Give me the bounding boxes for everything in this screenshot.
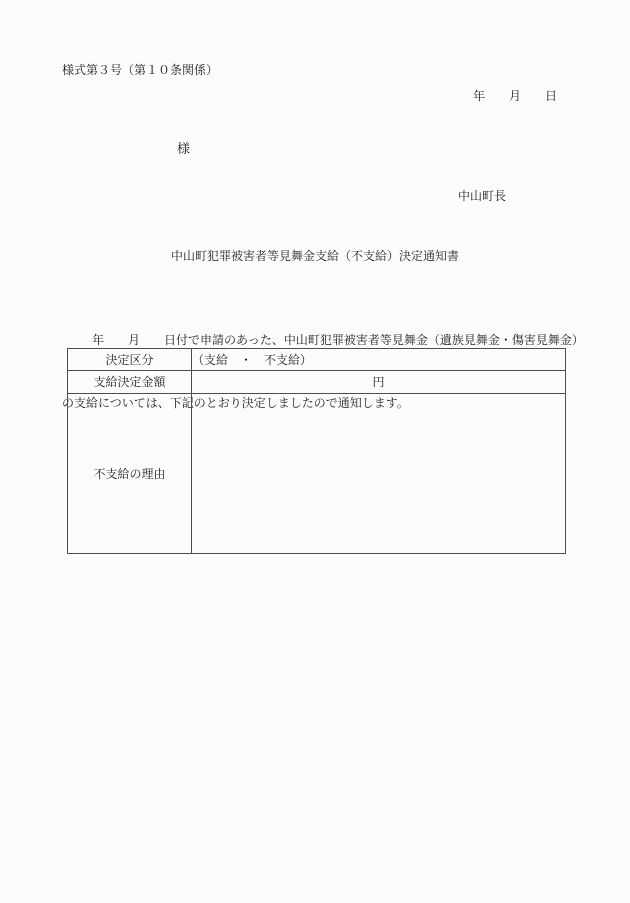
document-page: 様式第３号（第１０条関係） 年 月 日 様 中山町長 中山町犯罪被害者等見舞金支…: [0, 0, 630, 903]
nonpayment-reason-label: 不支給の理由: [68, 394, 192, 554]
decision-category-value: （支給 ・ 不支給）: [192, 349, 566, 371]
payment-amount-value: 円: [192, 371, 566, 394]
payment-amount-label: 支給決定金額: [68, 371, 192, 394]
form-number: 様式第３号（第１０条関係）: [62, 61, 218, 79]
date-line: 年 月 日: [473, 87, 557, 105]
nonpayment-reason-value: [192, 394, 566, 554]
sender-title: 中山町長: [458, 187, 506, 205]
table-row-decision-category: 決定区分 （支給 ・ 不支給）: [68, 349, 566, 371]
document-title: 中山町犯罪被害者等見舞金支給（不支給）決定通知書: [0, 247, 630, 265]
decision-table: 決定区分 （支給 ・ 不支給） 支給決定金額 円 不支給の理由: [67, 348, 566, 554]
table-row-nonpayment-reason: 不支給の理由: [68, 394, 566, 554]
addressee-honorific: 様: [177, 140, 190, 160]
table-row-payment-amount: 支給決定金額 円: [68, 371, 566, 394]
decision-category-label: 決定区分: [68, 349, 192, 371]
